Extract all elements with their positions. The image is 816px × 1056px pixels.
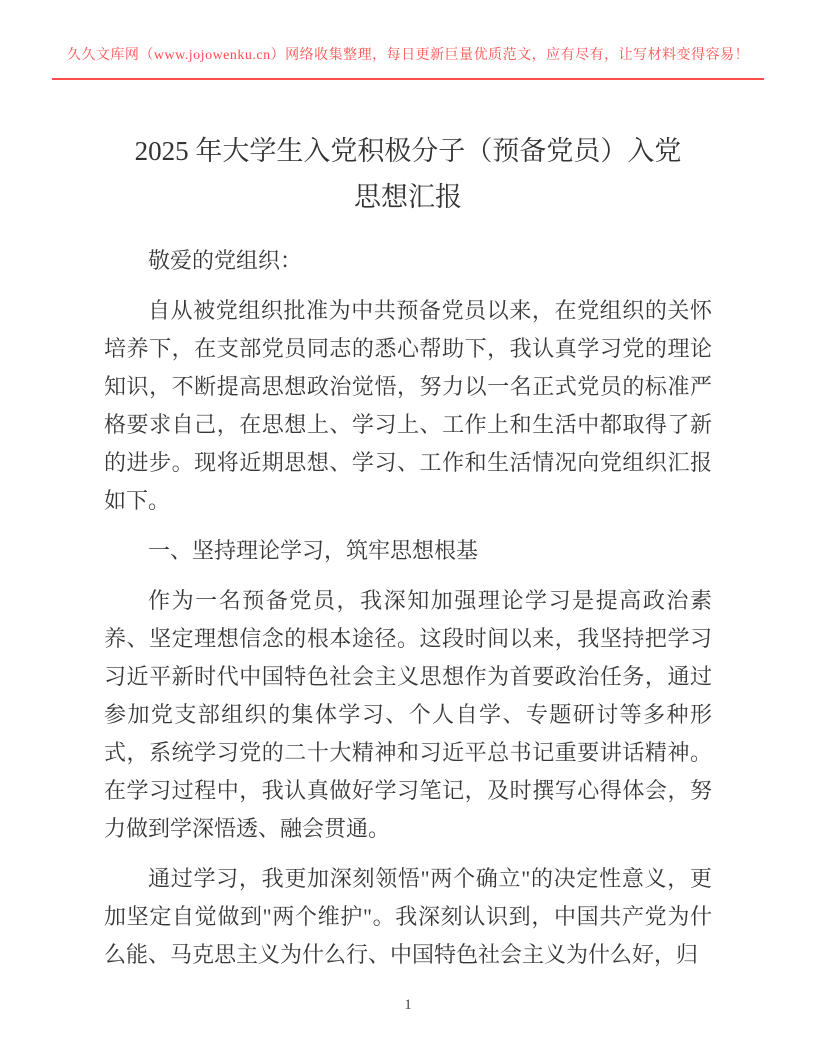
document-title: 2025 年大学生入党积极分子（预备党员）入党 思想汇报 <box>100 128 716 220</box>
paragraph-intro: 自从被党组织批准为中共预备党员以来，在党组织的关怀培养下，在支部党员同志的悉心帮… <box>104 292 712 520</box>
document-title-line2: 思想汇报 <box>100 174 716 220</box>
section1-heading: 一、坚持理论学习，筑牢思想根基 <box>104 532 712 570</box>
header-notice-text: 久久文库网（www.jojowenku.cn）网络收集整理，每日更新巨量优质范文… <box>67 48 749 63</box>
document-body: 敬爱的党组织： 自从被党组织批准为中共预备党员以来，在党组织的关怀培养下，在支部… <box>104 242 712 974</box>
page-header: 久久文库网（www.jojowenku.cn）网络收集整理，每日更新巨量优质范文… <box>52 0 764 80</box>
salutation-line: 敬爱的党组织： <box>104 242 712 280</box>
paragraph-study-insight: 通过学习，我更加深刻领悟"两个确立"的决定性意义，更加坚定自觉做到"两个维护"。… <box>104 860 712 974</box>
document-title-line1: 2025 年大学生入党积极分子（预备党员）入党 <box>100 128 716 174</box>
document-page: 久久文库网（www.jojowenku.cn）网络收集整理，每日更新巨量优质范文… <box>0 0 816 1056</box>
page-footer: 1 <box>0 997 816 1014</box>
paragraph-theory-study: 作为一名预备党员，我深知加强理论学习是提高政治素养、坚定理想信念的根本途径。这段… <box>104 582 712 848</box>
page-number: 1 <box>404 997 412 1013</box>
